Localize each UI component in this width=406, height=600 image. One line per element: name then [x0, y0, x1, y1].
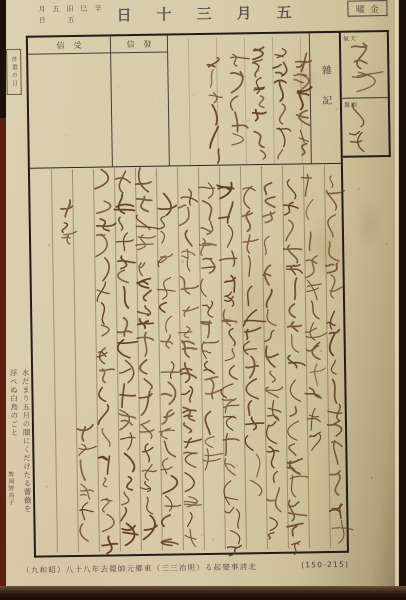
lunar-date-day: 日五	[39, 14, 109, 26]
receive-column: 信受	[28, 36, 113, 167]
column-rule-line	[93, 169, 100, 552]
header-rule-line	[244, 37, 247, 164]
diary-photo: 月五旧巳辛 日五 日十三月五 曜金 計畫の日 水だまり五月の闇にくだけたる薔薇を…	[0, 0, 406, 600]
header-rule-line	[188, 38, 191, 165]
poem-line-2: 浮べぬ白鳥のごと	[9, 369, 19, 437]
weekday-box: 曜金	[347, 0, 387, 17]
poem-author: 舞岡野鳥子	[6, 471, 16, 506]
header-rule-line	[272, 37, 275, 164]
margin-stamp: 計畫の日	[6, 49, 22, 95]
send-label: 信發	[111, 36, 167, 54]
column-rule-line	[156, 168, 163, 551]
column-rule-line	[303, 165, 310, 548]
column-rule-line	[324, 165, 331, 548]
photo-bottom-edge	[0, 586, 406, 600]
column-rule-line	[240, 166, 247, 549]
paper-stain	[353, 197, 384, 252]
column-rule-line	[261, 166, 268, 549]
paper-fleck	[371, 477, 374, 480]
column-rule-line	[51, 169, 58, 552]
weather-annex: 氣天 量雨	[341, 30, 391, 158]
lunar-date-era: 月五旧巳辛	[38, 3, 108, 15]
column-rule-line	[135, 168, 142, 551]
page-title-date: 日十三月五	[116, 1, 316, 25]
diary-table: 信受 信發 雜記	[26, 31, 349, 558]
paper-fleck	[358, 188, 360, 190]
footnote-row: （九和昭）八十八年去薨帥元鄕東（三三治明）る起變事淸北 (150-215)	[22, 560, 349, 576]
column-rule-line	[114, 168, 121, 551]
lunar-date: 月五旧巳辛 日五	[38, 3, 108, 26]
weather-cell: 氣天	[341, 32, 388, 99]
column-rule-line	[72, 169, 79, 552]
history-note: （九和昭）八十八年去薨帥元鄕東（三三治明）る起變事淸北	[22, 561, 257, 576]
rainfall-label: 量雨	[344, 100, 358, 109]
page-content: 月五旧巳辛 日五 日十三月五 曜金 計畫の日 水だまり五月の闇にくだけたる薔薇を…	[0, 0, 406, 600]
page-day-count: (150-215)	[301, 560, 349, 570]
paper-fleck	[385, 243, 387, 245]
column-rule-line	[198, 167, 205, 550]
column-rule-line	[282, 166, 289, 549]
column-rule-line	[177, 167, 184, 550]
section-label-zakki: 雜記	[309, 33, 341, 163]
column-rule-line	[219, 167, 226, 550]
rainfall-cell: 量雨	[342, 98, 389, 156]
weather-label: 氣天	[343, 34, 357, 43]
send-column: 信發	[111, 36, 170, 167]
header-rule-line	[300, 36, 303, 163]
header-rule-line	[216, 38, 219, 165]
receive-label: 信受	[28, 36, 110, 54]
